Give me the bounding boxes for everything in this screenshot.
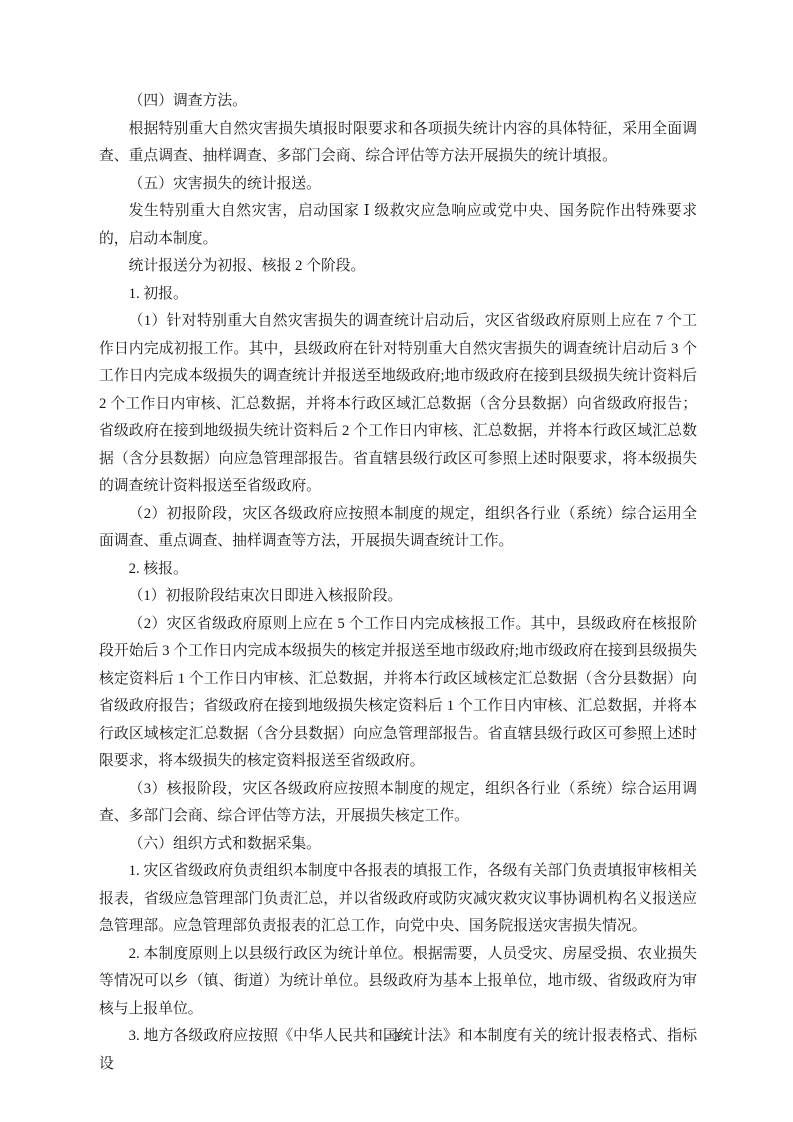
paragraph: 1. 灾区省级政府负责组织本制度中各报表的填报工作，各级有关部门负责填报审核相关…: [99, 858, 697, 941]
paragraph: 发生特别重大自然灾害，启动国家 Ⅰ 级救灾应急响应或党中央、国务院作出特殊要求的…: [99, 198, 697, 253]
paragraph: （2）初报阶段，灾区各级政府应按照本制度的规定，组织各行业（系统）综合运用全面调…: [99, 501, 697, 556]
paragraph: 统计报送分为初报、核报 2 个阶段。: [99, 253, 697, 281]
page-number: - 3 -: [0, 1030, 793, 1046]
paragraph-item-2-hebao: 2. 核报。: [99, 556, 697, 584]
paragraph: （2）灾区省级政府原则上应在 5 个工作日内完成核报工作。其中，县级政府在核报阶…: [99, 611, 697, 776]
paragraph: （1）针对特别重大自然灾害损失的调查统计启动后，灾区省级政府原则上应在 7 个工…: [99, 308, 697, 501]
paragraph: 根据特别重大自然灾害损失填报时限要求和各项损失统计内容的具体特征，采用全面调查、…: [99, 116, 697, 171]
paragraph-heading-5: （五）灾害损失的统计报送。: [99, 171, 697, 199]
paragraph-heading-6: （六）组织方式和数据采集。: [99, 831, 697, 859]
paragraph: 2. 本制度原则上以县级行政区为统计单位。根据需要，人员受灾、房屋受损、农业损失…: [99, 941, 697, 1024]
document-page: （四）调查方法。 根据特别重大自然灾害损失填报时限要求和各项损失统计内容的具体特…: [0, 0, 793, 1122]
paragraph-item-1-chubao: 1. 初报。: [99, 281, 697, 309]
paragraph: （3）核报阶段，灾区各级政府应按照本制度的规定，组织各行业（系统）综合运用调查、…: [99, 776, 697, 831]
paragraph-heading-4: （四）调查方法。: [99, 88, 697, 116]
document-body: （四）调查方法。 根据特别重大自然灾害损失填报时限要求和各项损失统计内容的具体特…: [99, 88, 697, 1078]
paragraph: （1）初报阶段结束次日即进入核报阶段。: [99, 583, 697, 611]
